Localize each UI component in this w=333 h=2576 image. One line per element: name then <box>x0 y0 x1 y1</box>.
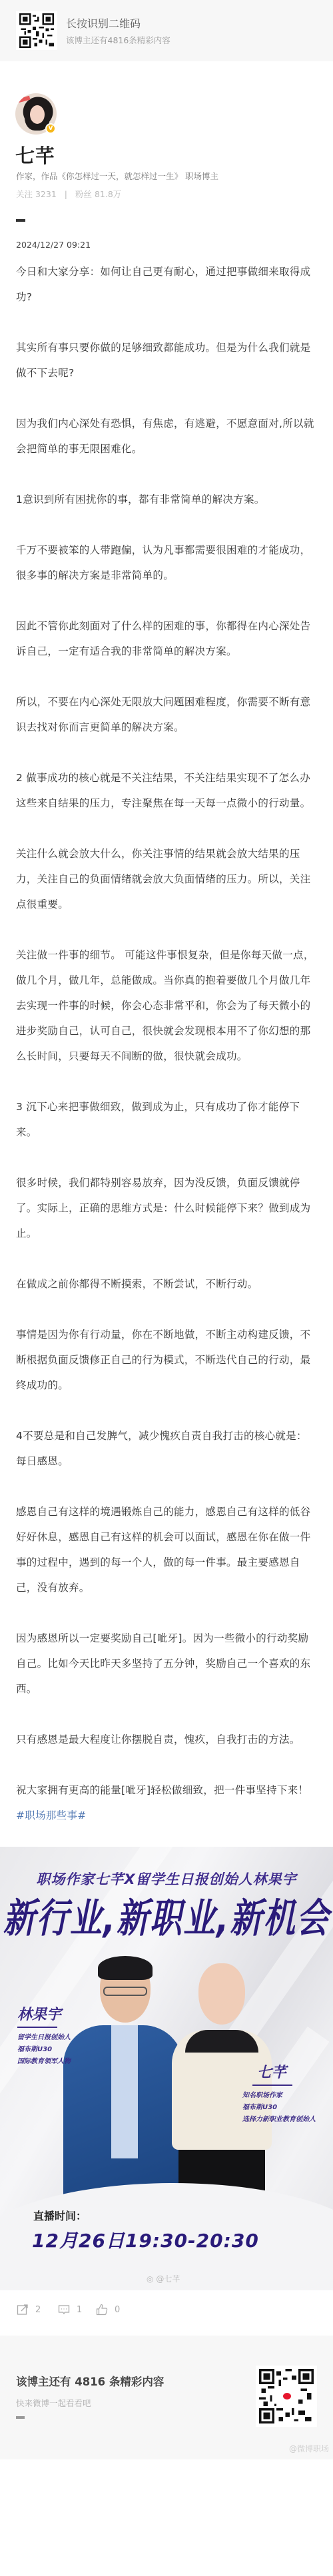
broadcast-label: 直播时间： <box>33 2208 87 2223</box>
post-image-poster[interactable]: 职场作家七芊X留学生日报创始人林果宇 新行业,新职业,新机会 林果宇 留学生日报… <box>0 1847 333 2290</box>
post-paragraph: 关注做一件事的细节。 可能这件事恨复杂，但是你每天做一点，做几个月，做几年，总能… <box>16 942 317 1069</box>
guest-label-lin: 林果宇 留学生日报创始人 福布斯U30 国际教育领军人物 <box>17 2003 71 2068</box>
guest-title: 国际教育领军人物 <box>17 2056 71 2068</box>
weibo-logo-icon: ◎ <box>147 2274 153 2284</box>
divider-dash <box>16 2416 25 2419</box>
footer-subtitle: 快来微博一起看看吧 <box>16 2397 91 2409</box>
poster-title: 新行业,新职业,新机会 <box>0 1886 333 1943</box>
repost-icon <box>17 2304 29 2316</box>
head <box>198 1963 245 2025</box>
post-paragraph: 2 做事成功的核心就是不关注结果，不关注结果实现不了怎么办这些来自结果的压力，专… <box>16 765 317 816</box>
post-paragraph: 只有感恩是最大程度让你摆脱自责，愧疚，自我打击的方法。 <box>16 1727 317 1752</box>
post-paragraph: 1意识到所有困扰你的事，都有非常简单的解决方案。 <box>16 487 317 512</box>
glasses <box>103 1987 147 1996</box>
profile-header: V 七芊 作家，作品《你怎样过一天，就怎样过一生》 职场博主 关注 3231 |… <box>0 61 333 214</box>
post-paragraph: 其实所有事只要你做的足够细致都能成功。但是为什么我们就是做不下去呢? <box>16 335 317 386</box>
guest-name: 林果宇 <box>17 2003 71 2024</box>
guest-title: 福布斯U30 <box>17 2044 71 2056</box>
stats-separator: | <box>65 189 67 199</box>
like-button[interactable]: 0 <box>96 2304 120 2316</box>
comment-icon <box>58 2304 70 2316</box>
repost-count: 2 <box>35 2305 41 2315</box>
hair <box>98 1956 153 1980</box>
avatar-background-detail <box>18 96 31 103</box>
hashtag-link[interactable]: #职场那些事# <box>16 1809 87 1821</box>
lace-collar <box>185 2030 258 2053</box>
guest-title: 留学生日报创始人 <box>17 2032 71 2044</box>
comment-count: 1 <box>77 2305 82 2315</box>
poster-watermark: ◎ @七芊 <box>147 2273 180 2284</box>
user-name[interactable]: 七芊 <box>15 141 55 168</box>
post-paragraph: 因为感恩所以一定要奖励自己[呲牙]。因为一些微小的行动奖励自己。比如今天比昨天多… <box>16 1626 317 1702</box>
post-paragraph: 所以，不要在内心深处无限放大问题困难程度，你需要不断有意识去找对你而言更简单的解… <box>16 689 317 740</box>
divider-dash <box>16 219 25 222</box>
avatar-face <box>30 105 45 124</box>
post-paragraph: 关注什么就会放大什么，你关注事情的结果就会放大结果的压力，关注自己的负面情绪就会… <box>16 841 317 917</box>
post-paragraph: 因此不管你此刻面对了什么样的困难的事，你都得在内心深处告诉自己，一定有适合我的非… <box>16 613 317 664</box>
weibo-logo-icon <box>281 2390 293 2402</box>
post-paragraph-last: 祝大家拥有更高的能量[呲牙]轻松做细致，把一件事坚持下来！ #职场那些事# <box>16 1777 317 1828</box>
shirt <box>111 2025 138 2158</box>
post-actions: 2 1 0 <box>0 2290 333 2336</box>
footer-promo: 该博主还有 4816 条精彩内容 快来微博一起看看吧 @微博职场 <box>0 2336 333 2459</box>
poster-watermark-text: @七芊 <box>156 2274 180 2284</box>
post-paragraph: 很多时候，我们都特别容易放弃，因为没反馈，负面反馈就停了。实际上，正确的思维方式… <box>16 1170 317 1246</box>
user-stats: 关注 3231 | 粉丝 81.8万 <box>16 188 121 200</box>
guest-title: 福布斯U30 <box>242 2102 316 2114</box>
qr-code-icon <box>18 13 55 48</box>
qr-banner-top: 长按识别二维码 该博主还有4816条精彩内容 <box>0 0 333 61</box>
post-paragraph: 在做成之前你都得不断摸索，不断尝试，不断行动。 <box>16 1271 317 1297</box>
footer-watermark: @微博职场 <box>289 2443 329 2454</box>
post-body: 今日和大家分享：如何让自己更有耐心，通过把事做细来取得成功? 其实所有事只要你做… <box>16 259 317 1828</box>
post: 2024/12/27 09:21 今日和大家分享：如何让自己更有耐心，通过把事做… <box>0 219 333 1828</box>
repost-button[interactable]: 2 <box>17 2304 41 2316</box>
underline <box>17 2027 57 2028</box>
post-paragraph: 千万不要被笨的人带跑偏，认为凡事都需要很困难的才能成功，很多事的解决方案是非常简… <box>16 537 317 588</box>
guest-name: 七芊 <box>242 2061 316 2082</box>
post-paragraph: 感恩自己有这样的境遇锻炼自己的能力，感恩自己有这样的低谷好好休息，感恩自己有这样… <box>16 1499 317 1600</box>
post-paragraph: 3 沉下心来把事做细致，做到成为止，只有成功了你才能停下来。 <box>16 1094 317 1145</box>
post-paragraph: 事情是因为你有行动量，你在不断地做，不断主动构建反馈，不断根据负面反馈修正自己的… <box>16 1322 317 1398</box>
post-paragraph: 因为我们内心深处有恐惧，有焦虑，有逃避，不愿意面对,所以就会把简单的事无限困难化… <box>16 411 317 462</box>
qr-banner-subtitle: 该博主还有4816条精彩内容 <box>66 34 170 46</box>
broadcast-time: 12月26日19:30-20:30 <box>32 2226 259 2253</box>
post-paragraph: 今日和大家分享：如何让自己更有耐心，通过把事做细来取得成功? <box>16 259 317 310</box>
user-bio: 作家，作品《你怎样过一天，就怎样过一生》 职场博主 <box>16 170 218 182</box>
qr-code-top[interactable] <box>16 11 57 50</box>
thumbs-up-icon <box>96 2304 108 2316</box>
verified-badge-icon: V <box>45 123 56 134</box>
guest-title: 选择力新职业教育创始人 <box>242 2114 316 2126</box>
underline <box>252 2085 292 2086</box>
like-count: 0 <box>115 2305 120 2315</box>
following-count[interactable]: 关注 3231 <box>16 189 57 199</box>
post-date: 2024/12/27 09:21 <box>16 240 317 250</box>
followers-count[interactable]: 粉丝 81.8万 <box>75 189 121 199</box>
closing-text: 祝大家拥有更高的能量[呲牙]轻松做细致，把一件事坚持下来！ <box>16 1784 308 1796</box>
post-paragraph: 4不要总是和自己发脾气，减少愧疚自责自我打击的核心就是：每日感恩。 <box>16 1423 317 1474</box>
qr-code-footer[interactable] <box>256 2366 317 2427</box>
comment-button[interactable]: 1 <box>58 2304 82 2316</box>
guest-label-qi: 七芊 知名职场作家 福布斯U30 选择力新职业教育创始人 <box>242 2061 316 2126</box>
qr-banner-title: 长按识别二维码 <box>66 15 141 31</box>
guest-title: 知名职场作家 <box>242 2090 316 2102</box>
footer-title: 该博主还有 4816 条精彩内容 <box>16 2373 164 2389</box>
